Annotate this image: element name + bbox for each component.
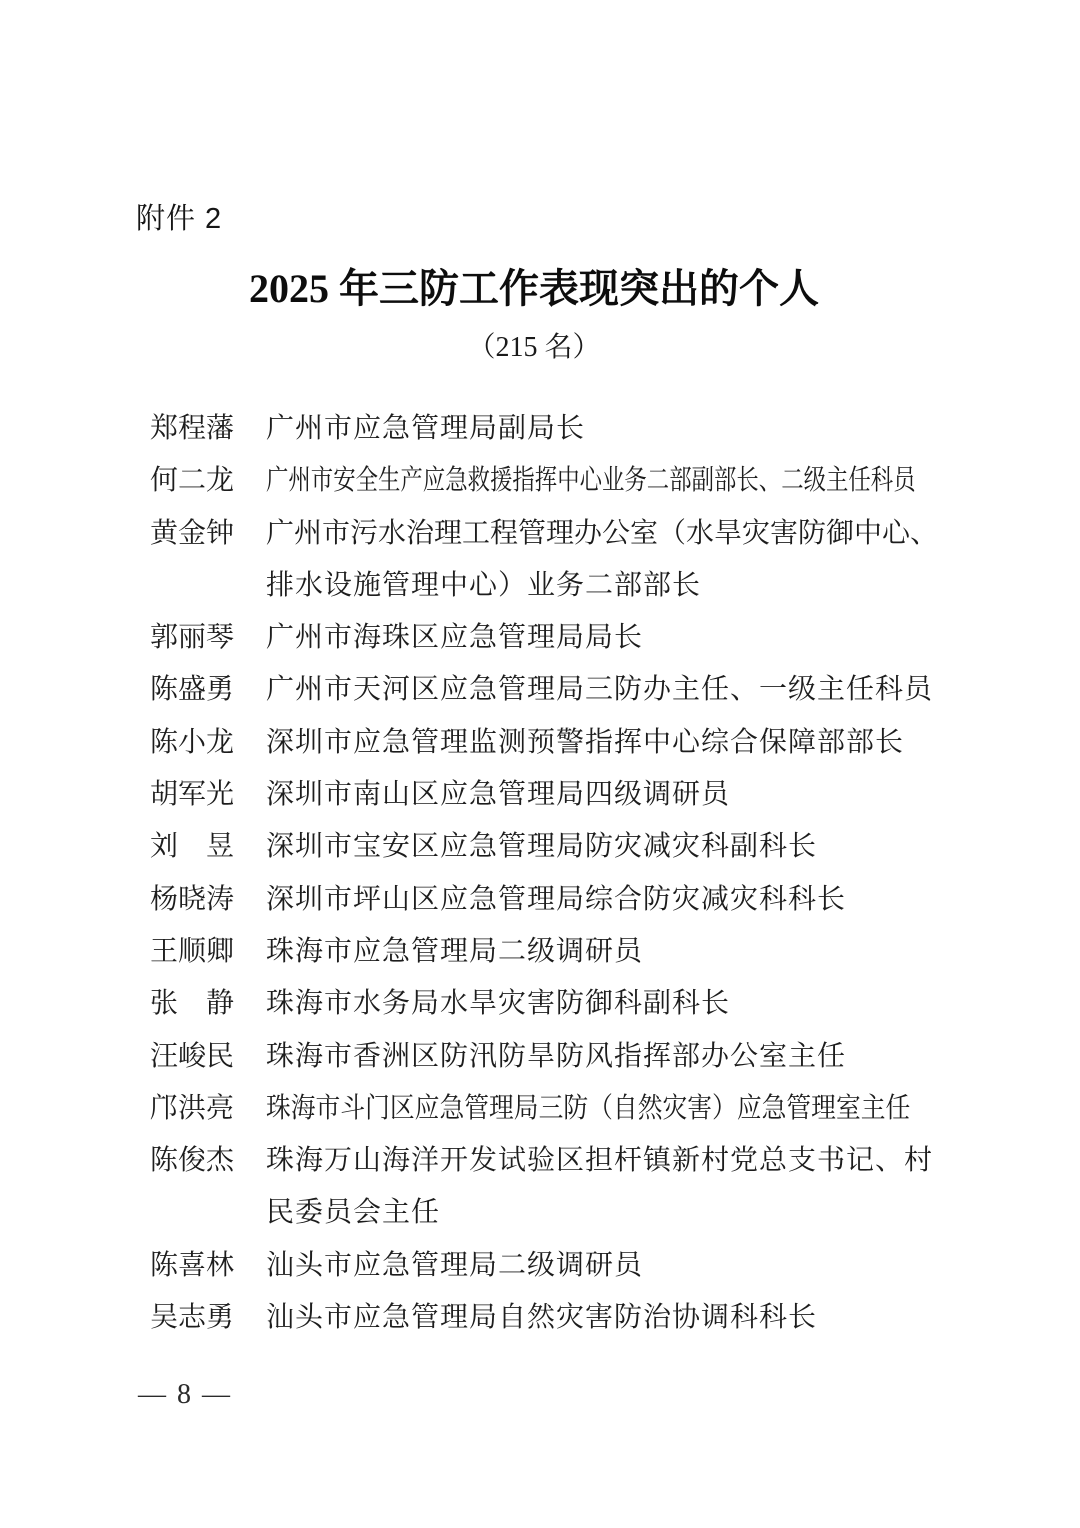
awardee-position: 广州市天河区应急管理局三防办主任、一级主任科员 <box>266 664 933 716</box>
list-entry: 何二龙 广州市安全生产应急救援指挥中心业务二部副部长、二级主任科员 <box>150 455 950 507</box>
awardee-position: 汕头市应急管理局自然灾害防治协调科科长 <box>266 1292 817 1344</box>
position-line: 广州市海珠区应急管理局局长 <box>266 612 643 664</box>
position-line: 广州市安全生产应急救援指挥中心业务二部副部长、二级主任科员 <box>266 455 826 507</box>
awardee-list: 郑程藩 广州市应急管理局副局长 何二龙 广州市安全生产应急救援指挥中心业务二部副… <box>150 403 950 1344</box>
list-entry: 陈喜林 汕头市应急管理局二级调研员 <box>150 1240 950 1292</box>
awardee-name: 王顺卿 <box>150 926 234 978</box>
position-line: 广州市天河区应急管理局三防办主任、一级主任科员 <box>266 664 933 716</box>
position-line: 广州市应急管理局副局长 <box>266 403 585 455</box>
list-entry: 王顺卿 珠海市应急管理局二级调研员 <box>150 926 950 978</box>
awardee-position: 深圳市坪山区应急管理局综合防灾减灾科科长 <box>266 874 846 926</box>
awardee-position: 广州市污水治理工程管理办公室（水旱灾害防御中心、排水设施管理中心）业务二部部长 <box>266 508 938 613</box>
awardee-position: 广州市安全生产应急救援指挥中心业务二部副部长、二级主任科员 <box>266 455 826 507</box>
awardee-name: 郑程藩 <box>150 403 234 455</box>
position-line: 珠海万山海洋开发试验区担杆镇新村党总支书记、村 <box>266 1135 933 1187</box>
position-line: 汕头市应急管理局自然灾害防治协调科科长 <box>266 1292 817 1344</box>
awardee-position: 珠海市水务局水旱灾害防御科副科长 <box>266 978 730 1030</box>
document-page: 附件 2 2025 年三防工作表现突出的个人 （215 名） 郑程藩 广州市应急… <box>0 0 1080 1528</box>
position-line: 珠海市水务局水旱灾害防御科副科长 <box>266 978 730 1030</box>
list-entry: 汪峻民 珠海市香洲区防汛防旱防风指挥部办公室主任 <box>150 1031 950 1083</box>
list-entry: 黄金钟 广州市污水治理工程管理办公室（水旱灾害防御中心、排水设施管理中心）业务二… <box>150 508 950 613</box>
awardee-position: 汕头市应急管理局二级调研员 <box>266 1240 643 1292</box>
awardee-position: 珠海市斗门区应急管理局三防（自然灾害）应急管理室主任 <box>266 1083 886 1135</box>
position-line: 珠海市应急管理局二级调研员 <box>266 926 643 978</box>
position-line: 深圳市坪山区应急管理局综合防灾减灾科科长 <box>266 874 846 926</box>
list-entry: 郭丽琴 广州市海珠区应急管理局局长 <box>150 612 950 664</box>
page-number: — 8 — <box>138 1378 232 1412</box>
awardee-position: 广州市海珠区应急管理局局长 <box>266 612 643 664</box>
position-line: 深圳市宝安区应急管理局防灾减灾科副科长 <box>266 821 817 873</box>
awardee-name: 吴志勇 <box>150 1292 234 1344</box>
awardee-name: 陈喜林 <box>150 1240 234 1292</box>
awardee-name: 邝洪亮 <box>150 1083 234 1135</box>
awardee-name: 郭丽琴 <box>150 612 234 664</box>
position-line: 深圳市南山区应急管理局四级调研员 <box>266 769 730 821</box>
awardee-name: 黄金钟 <box>150 508 234 560</box>
position-line: 珠海市斗门区应急管理局三防（自然灾害）应急管理室主任 <box>266 1083 886 1135</box>
awardee-name: 陈俊杰 <box>150 1135 234 1187</box>
awardee-name: 何二龙 <box>150 455 234 507</box>
list-entry: 吴志勇 汕头市应急管理局自然灾害防治协调科科长 <box>150 1292 950 1344</box>
awardee-name: 陈小龙 <box>150 717 234 769</box>
page-title: 2025 年三防工作表现突出的个人 <box>133 263 935 315</box>
awardee-position: 广州市应急管理局副局长 <box>266 403 585 455</box>
awardee-position: 深圳市宝安区应急管理局防灾减灾科副科长 <box>266 821 817 873</box>
awardee-position: 珠海万山海洋开发试验区担杆镇新村党总支书记、村民委员会主任 <box>266 1135 933 1240</box>
list-entry: 郑程藩 广州市应急管理局副局长 <box>150 403 950 455</box>
list-entry: 刘昱 深圳市宝安区应急管理局防灾减灾科副科长 <box>150 821 950 873</box>
position-line: 民委员会主任 <box>266 1187 933 1239</box>
position-line: 广州市污水治理工程管理办公室（水旱灾害防御中心、 <box>266 508 938 560</box>
awardee-name: 杨晓涛 <box>150 874 234 926</box>
list-entry: 陈小龙 深圳市应急管理监测预警指挥中心综合保障部部长 <box>150 717 950 769</box>
awardee-name: 陈盛勇 <box>150 664 234 716</box>
awardee-name: 胡军光 <box>150 769 234 821</box>
list-entry: 杨晓涛 深圳市坪山区应急管理局综合防灾减灾科科长 <box>150 874 950 926</box>
list-entry: 张静 珠海市水务局水旱灾害防御科副科长 <box>150 978 950 1030</box>
list-entry: 陈盛勇 广州市天河区应急管理局三防办主任、一级主任科员 <box>150 664 950 716</box>
list-entry: 邝洪亮 珠海市斗门区应急管理局三防（自然灾害）应急管理室主任 <box>150 1083 950 1135</box>
awardee-position: 珠海市应急管理局二级调研员 <box>266 926 643 978</box>
awardee-position: 深圳市应急管理监测预警指挥中心综合保障部部长 <box>266 717 904 769</box>
attachment-label: 附件 2 <box>136 203 222 235</box>
awardee-position: 深圳市南山区应急管理局四级调研员 <box>266 769 730 821</box>
position-line: 深圳市应急管理监测预警指挥中心综合保障部部长 <box>266 717 904 769</box>
awardee-name: 张静 <box>150 978 234 1030</box>
list-entry: 陈俊杰 珠海万山海洋开发试验区担杆镇新村党总支书记、村民委员会主任 <box>150 1135 950 1240</box>
page-subtitle: （215 名） <box>133 331 935 365</box>
list-entry: 胡军光 深圳市南山区应急管理局四级调研员 <box>150 769 950 821</box>
position-line: 珠海市香洲区防汛防旱防风指挥部办公室主任 <box>266 1031 846 1083</box>
awardee-name: 刘昱 <box>150 821 234 873</box>
position-line: 汕头市应急管理局二级调研员 <box>266 1240 643 1292</box>
position-line: 排水设施管理中心）业务二部部长 <box>266 560 938 612</box>
awardee-position: 珠海市香洲区防汛防旱防风指挥部办公室主任 <box>266 1031 846 1083</box>
awardee-name: 汪峻民 <box>150 1031 234 1083</box>
